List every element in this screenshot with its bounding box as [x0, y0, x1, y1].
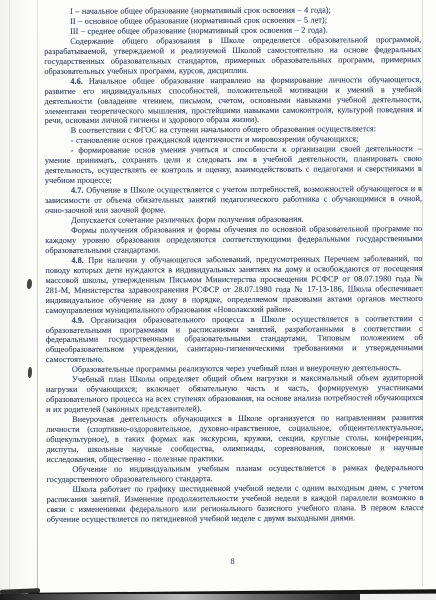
page-number: 8 [44, 556, 421, 566]
section-number: 4.7. [71, 186, 86, 195]
paragraph: 4.6. Начальное общее образование направл… [44, 75, 421, 127]
paragraph: Формы получения образования и формы обуч… [45, 224, 422, 256]
scanned-page: I – начальное общее образование (нормати… [0, 0, 436, 600]
section-number: 4.8. [71, 256, 88, 265]
paragraph: Учебный план Школы определяет общий объе… [46, 373, 423, 415]
page-bottom-edge [28, 589, 436, 596]
paragraph: 4.8. При наличии у обучающегося заболева… [45, 254, 422, 316]
paragraph: 4.9. Организация образовательного процес… [46, 314, 423, 366]
section-number: 4.6. [70, 76, 89, 85]
scanner-bed-edge [0, 582, 436, 600]
paragraph: Внеурочная деятельность обучающихся в Шк… [46, 413, 423, 465]
document-body: I – начальное общее образование (нормати… [44, 5, 424, 525]
page-left-margin [0, 0, 37, 590]
page-crease-line [9, 0, 10, 590]
paragraph: - формирование основ умения учиться и сп… [45, 144, 422, 186]
paragraph: Школа работает по графику шестидневной у… [47, 483, 424, 525]
page-fold-line-left [37, 0, 38, 589]
paragraph: Обучение по индивидуальным учебным плана… [46, 463, 423, 485]
paragraph: 4.7. Обучение в Школе осуществляется с у… [45, 184, 422, 216]
section-number: 4.9. [72, 315, 91, 324]
paragraph: Содержание общего образования в Школе оп… [44, 35, 421, 77]
underlying-sheet-corner [360, 594, 436, 600]
underlying-sheet [0, 594, 436, 600]
